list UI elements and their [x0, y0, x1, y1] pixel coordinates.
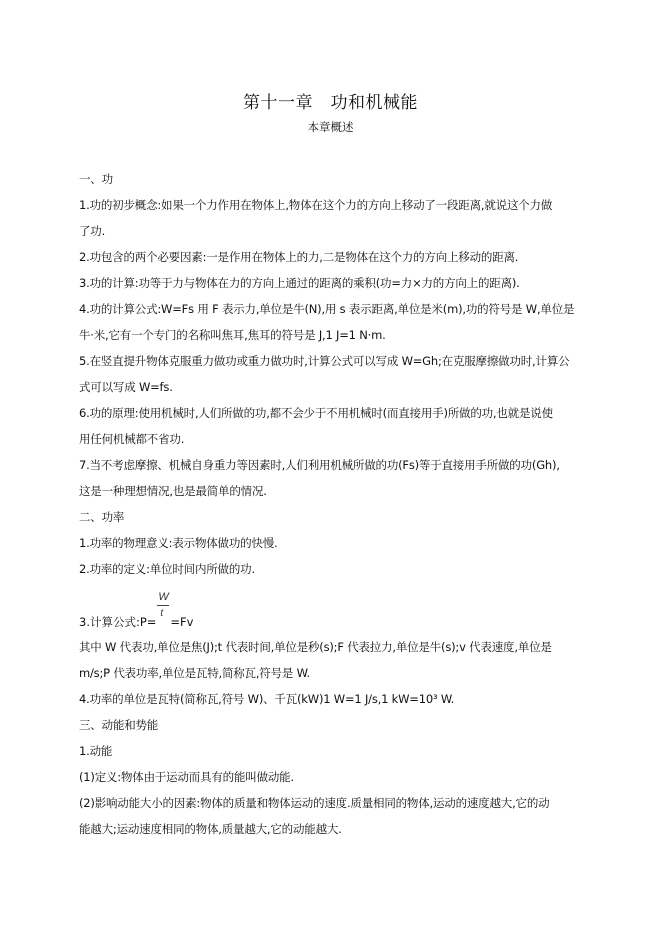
- text-line: 1.功率的物理意义:表示物体做功的快慢.: [79, 536, 278, 550]
- fraction-bar: [157, 605, 169, 606]
- text-line: 其中 W 代表功,单位是焦(J);t 代表时间,单位是秒(s);F 代表拉力,单…: [79, 640, 552, 654]
- text-line: 2.功率的定义:单位时间内所做的功.: [79, 562, 255, 576]
- text-line: 这是一种理想情况,也是最简单的情况.: [79, 484, 267, 498]
- text-line: 能越大;运动速度相同的物体,质量越大,它的动能越大.: [79, 822, 342, 836]
- fraction: Wt: [156, 612, 170, 626]
- text-line: 用任何机械都不省功.: [79, 432, 184, 446]
- text-line: 式可以写成 W=fs.: [79, 380, 173, 394]
- text-line: 二、功率: [79, 510, 124, 524]
- text-line: m/s;P 代表功率,单位是瓦特,简称瓦,符号是 W.: [79, 666, 310, 680]
- power-formula: 3.计算公式:P=Wt=Fv: [79, 612, 193, 629]
- text-line: 4.功率的单位是瓦特(简称瓦,符号 W)、千瓦(kW)1 W=1 J/s,1 k…: [79, 692, 454, 706]
- fraction-numerator: W: [158, 590, 168, 604]
- document-page: 第十一章 功和机械能 本章概述 一、功1.功的初步概念:如果一个力作用在物体上,…: [0, 0, 661, 935]
- chapter-subtitle: 本章概述: [0, 119, 661, 135]
- chapter-title: 第十一章 功和机械能: [0, 88, 661, 113]
- text-line: 牛·米,它有一个专门的名称叫焦耳,焦耳的符号是 J,1 J=1 N·m.: [79, 328, 386, 342]
- text-line: 一、功: [79, 172, 113, 186]
- text-line: 1.动能: [79, 744, 112, 758]
- fraction-denominator: t: [160, 607, 163, 621]
- text-line: 7.当不考虑摩擦、机械自身重力等因素时,人们利用机械所做的功(Fs)等于直接用手…: [79, 458, 560, 472]
- text-line: 2.功包含的两个必要因素:一是作用在物体上的力,二是物体在这个力的方向上移动的距…: [79, 250, 518, 264]
- formula-suffix: =Fv: [170, 615, 193, 629]
- text-line: 4.功的计算公式:W=Fs 用 F 表示力,单位是牛(N),用 s 表示距离,单…: [79, 302, 574, 316]
- text-line: 3.功的计算:功等于力与物体在力的方向上通过的距离的乘积(功=力×力的方向上的距…: [79, 276, 520, 290]
- text-line: 6.功的原理:使用机械时,人们所做的功,都不会少于不用机械时(而直接用手)所做的…: [79, 406, 553, 420]
- text-line: 了功.: [79, 224, 105, 238]
- text-line: (2)影响动能大小的因素:物体的质量和物体运动的速度.质量相同的物体,运动的速度…: [79, 796, 549, 810]
- text-line: 5.在竖直提升物体克服重力做功或重力做功时,计算公式可以写成 W=Gh;在克服摩…: [79, 354, 569, 368]
- formula-prefix: 3.计算公式:P=: [79, 615, 156, 629]
- text-line: 1.功的初步概念:如果一个力作用在物体上,物体在这个力的方向上移动了一段距离,就…: [79, 198, 552, 212]
- text-line: 三、动能和势能: [79, 718, 158, 732]
- text-line: (1)定义:物体由于运动而具有的能叫做动能.: [79, 770, 294, 784]
